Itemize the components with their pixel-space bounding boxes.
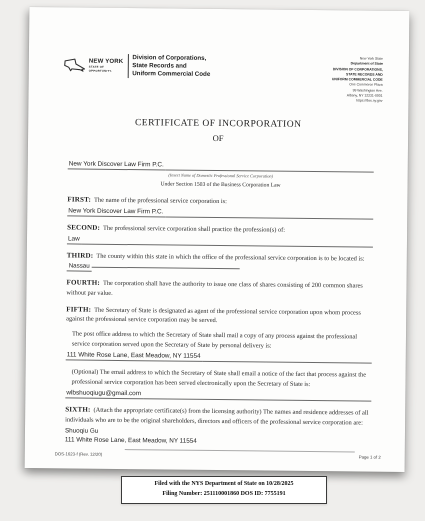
section-first-text: The name of the professional service cor… xyxy=(94,197,227,205)
filing-stamp-line2: Filing Number: 251110001860 DOS ID: 7755… xyxy=(126,490,322,500)
section-first-label: FIRST: xyxy=(67,195,91,203)
section-third-label: THIRD: xyxy=(67,251,94,259)
service-email-value: wlbshuoqiugu@gmail.com xyxy=(65,389,143,399)
section-fifth-subtext: The post office address to which the Sec… xyxy=(72,330,372,353)
section-fourth-text: The corporation shall have the authority… xyxy=(66,279,362,296)
section-third-value: Nassau xyxy=(67,262,92,271)
service-email-line: wlbshuoqiugu@gmail.com xyxy=(65,389,371,401)
filing-stamp: Filed with the NYS Department of State o… xyxy=(121,476,327,504)
underline-rule xyxy=(165,208,373,219)
page-header: NEW YORK STATE OF OPPORTUNITY. Division … xyxy=(62,53,382,104)
wordmark-line2: STATE OF xyxy=(89,66,124,69)
corporation-name-line: New York Discover Law Firm P.C. xyxy=(68,160,374,172)
corporation-name-field: New York Discover Law Firm P.C. (Insert … xyxy=(68,160,374,189)
document-body: FIRST:The name of the professional servi… xyxy=(65,195,374,446)
form-number: DOS-1623-f (Rev. 12/20) xyxy=(55,451,103,456)
wordmark-line3: OPPORTUNITY. xyxy=(89,70,124,73)
section-first: FIRST:The name of the professional servi… xyxy=(67,195,373,208)
optional-email-paragraph: (Optional) The email address to which th… xyxy=(71,368,371,391)
section-fifth: FIFTH:The Secretary of State is designat… xyxy=(66,305,372,328)
section-second: SECOND:The professional service corporat… xyxy=(67,223,373,236)
underline-rule xyxy=(166,161,374,172)
title-line1: CERTIFICATE OF INCORPORATION xyxy=(28,117,408,131)
title-line2: OF xyxy=(28,131,408,145)
address-line: https://dos.ny.gov xyxy=(332,98,383,104)
shareholder-address: 111 White Rose Lane, East Meadow, NY 115… xyxy=(65,436,371,446)
section-second-value: Law xyxy=(67,235,82,244)
document-page: NEW YORK STATE OF OPPORTUNITY. Division … xyxy=(25,7,410,472)
section-third: THIRD:The county within this state in wh… xyxy=(67,251,373,274)
filing-stamp-line1: Filed with the NYS Department of State o… xyxy=(126,480,322,490)
division-line: Uniform Commercial Code xyxy=(132,70,210,79)
statute-reference: Under Section 1503 of the Business Corpo… xyxy=(68,180,374,189)
underline-rule xyxy=(143,390,371,401)
process-address-line: 111 White Rose Lane, East Meadow, NY 115… xyxy=(66,352,372,364)
process-address-value: 111 White Rose Lane, East Meadow, NY 115… xyxy=(66,352,203,362)
screenshot-canvas: { "colors": { "canvas_bg": "#efeeec", "p… xyxy=(0,0,425,521)
name-field-caption: (Insert Name of Domestic Professional Se… xyxy=(68,171,374,179)
ny-wordmark: NEW YORK STATE OF OPPORTUNITY. xyxy=(89,59,124,73)
ny-state-logo-icon xyxy=(63,56,87,74)
corporation-name-value: New York Discover Law Firm P.C. xyxy=(68,160,166,170)
underline-rule xyxy=(92,261,240,269)
section-sixth-label: SIXTH: xyxy=(65,405,90,413)
section-sixth-text: (Attach the appropriate certificate(s) f… xyxy=(65,407,368,427)
page-footer: DOS-1623-f (Rev. 12/20) Page 1 of 2 xyxy=(55,451,381,459)
nys-brand-block: NEW YORK STATE OF OPPORTUNITY. Division … xyxy=(63,53,211,79)
section-first-value: New York Discover Law Firm P.C. xyxy=(67,207,165,217)
section-second-value-line: Law xyxy=(67,235,373,247)
section-third-text: The county within this state in which th… xyxy=(96,253,364,263)
section-fifth-text: The Secretary of State is designated as … xyxy=(66,306,361,324)
page-number: Page 1 of 2 xyxy=(359,454,381,459)
section-fourth: FOURTH:The corporation shall have the au… xyxy=(66,278,372,301)
dos-address-block: New York State Department of State DIVIS… xyxy=(332,56,383,104)
underline-rule xyxy=(203,353,372,364)
section-fourth-label: FOURTH: xyxy=(67,278,101,286)
underline-rule xyxy=(82,235,373,247)
section-second-text: The professional service corporation sha… xyxy=(103,225,285,234)
wordmark-line1: NEW YORK xyxy=(89,59,124,65)
document-title: CERTIFICATE OF INCORPORATION OF xyxy=(28,117,408,145)
section-second-label: SECOND: xyxy=(67,223,100,231)
section-sixth: SIXTH:(Attach the appropriate certificat… xyxy=(65,405,371,428)
section-fifth-label: FIFTH: xyxy=(66,305,91,313)
division-title: Division of Corporations, State Records … xyxy=(127,54,210,79)
section-first-value-line: New York Discover Law Firm P.C. xyxy=(67,207,373,219)
